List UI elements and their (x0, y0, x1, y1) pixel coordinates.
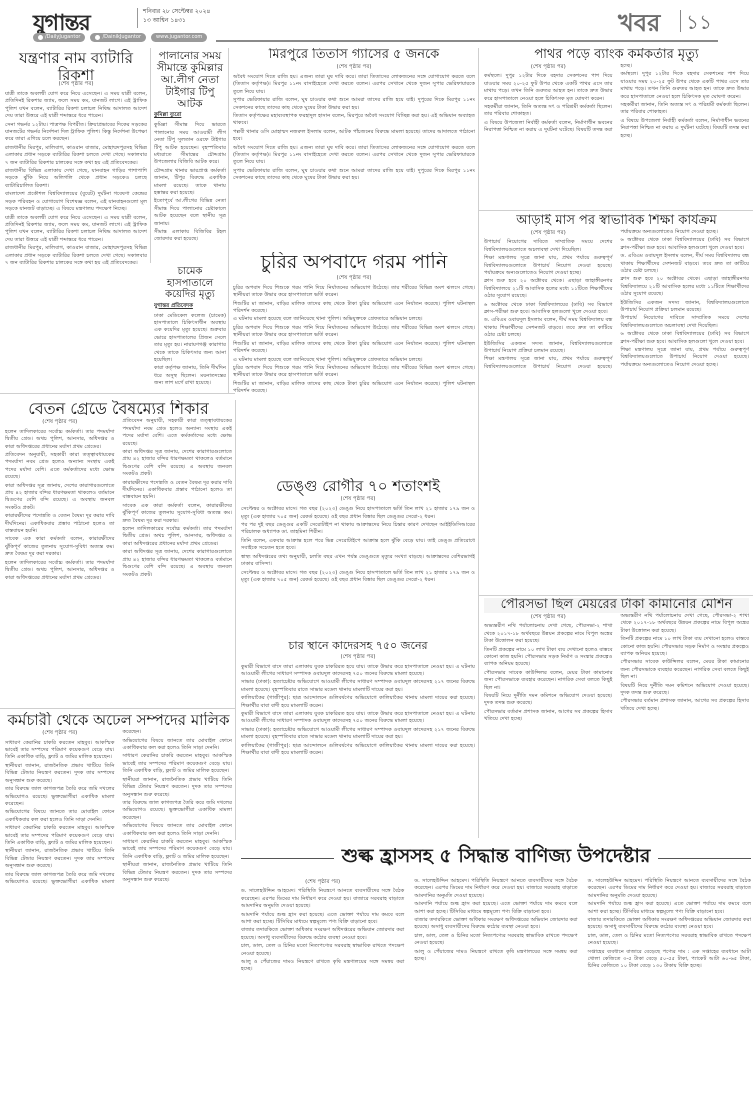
paragraph: বাজার তদারকিতে ভোক্তা অধিকার সংরক্ষণ অধি… (414, 917, 577, 932)
article-text: কুমিল্লা সীমান্ত দিয়ে ভারতে পালানোর সময… (154, 122, 226, 244)
paragraph: বাজার তদারকিতে ভোক্তা অধিকার সংরক্ষণ অধি… (588, 917, 751, 932)
paragraph: হলেন তাদিলকারের সর্বোচ্চ কর্মকর্তা। তার … (123, 526, 233, 548)
headline: কর্মচারী থেকে অঢেল সম্পদের মালিক (5, 712, 232, 729)
paragraph: কুমারী বিভাগে বাদে তারা এলাকায় যুবক চাক… (241, 664, 475, 679)
social-link-facebook[interactable]: /DainikJugantor (90, 33, 146, 42)
social-links: /DailyJugantor /DainikJugantor www.jugan… (33, 33, 207, 42)
paragraph: কুমিল্লা সীমান্ত দিয়ে ভারতে পালানোর সময… (154, 122, 226, 166)
logo-divider (137, 8, 138, 28)
headline: চামেক হাসপাতালে কয়েদির মৃত্যু (154, 266, 226, 301)
continued-label: (শেষ পৃষ্ঠার পর) (241, 879, 404, 886)
article-body-battery-rickshaw: (শেষ পৃষ্ঠার পর) যাত্রী তাকে অবলম্বী যোগ… (5, 80, 147, 390)
paragraph: কুমারী বিভাগে বাদে তারা এলাকায় যুবক চাক… (241, 711, 475, 726)
paragraph: আমদানি পর্যায়ে শুল্ক হ্রাস করা হয়েছে। … (241, 912, 404, 927)
paragraph: কারা অধিদপ্তর সূত্র জানায়, দেশের কারাগা… (123, 449, 233, 479)
paragraph: শিশুটির মা জানান, বাড়ির মালিক তাদের কাছ… (233, 301, 475, 316)
article-academic-activities: আড়াই মাস পর স্বাভাবিক শিক্ষা কার্যক্রম … (484, 214, 749, 592)
paragraph: সেপ্টেম্বর ও অক্টোবর মাসে। গত বছর (২০২৩)… (241, 506, 475, 521)
paragraph: সুপার ভেরিফায়ার রাজি বলেন, ঘুষ চাওয়ার … (233, 168, 475, 183)
paragraph: অভ্যন্তরীণ নথি পর্যালোচনায় দেখা গেছে, প… (621, 613, 750, 635)
column-divider (150, 48, 151, 263)
paragraph: অবৈধ সংযোগ দিতে রাজি হয়। এজন্য তারা ঘুষ… (233, 74, 475, 96)
paragraph: কারারক্ষীদের পদোন্নতি ও বেতন বৈষম্য দূর … (5, 513, 115, 535)
paragraph: তিনি বলেন, একবার আক্রান্ত হলে পরে ভিন্ন … (241, 538, 475, 553)
paragraph: হলেন তাদিলকারের সর্বোচ্চ কর্মকর্তা। তার … (5, 560, 115, 582)
article-text: (শেষ পৃষ্ঠার পর) সাধারণ কেরানির চাকরি কর… (5, 729, 232, 886)
row-divider (478, 210, 753, 211)
paragraph: আলু ও পেঁয়াজের দামও নিয়ন্ত্রণে রাখতে ক… (414, 949, 577, 964)
paragraph: বাজার তদারকিতে ভোক্তা অধিকার সংরক্ষণ অধি… (241, 927, 404, 942)
paragraph: সাভার (ঢাকা): হত্যাচেষ্টার অভিযোগে আওয়া… (241, 727, 475, 742)
article-text: (শেষ পৃষ্ঠার পর) অভ্যন্তরীণ নথি পর্যালোচ… (484, 613, 749, 724)
paragraph: পৌরসভার বর্তমান প্রশাসক জানান, আগের সব প… (484, 709, 613, 724)
paragraph: সীমান্ত এলাকায় বিজিবির টহল জোরদার করা হ… (154, 229, 226, 244)
paragraph: সহকর্মীরা জানান, তিনি অত্যন্ত সৎ ও পরিশ্… (484, 104, 613, 119)
headline: পালানোর সময় সীমান্তে কুমিল্লার আ.লীগ নে… (154, 50, 226, 110)
article-commerce-adviser: শুল্ক হ্রাসসহ ৫ সিদ্ধান্ত বাণিজ্য উপদেষ্… (241, 842, 751, 1092)
paragraph: যাত্রী তাকে অবলম্বী যোগ করে নিয়ে এসেছেন… (5, 91, 147, 121)
paragraph: যাত্রী তাকে অবলম্বী যোগ করে নিয়ে এসেছেন… (5, 215, 147, 245)
paragraph: ক্লাস শুরু হবে ২০ অক্টোবর থেকে। এছাড়া জ… (484, 278, 613, 300)
headline: পাথর পড়ে ব্যাংক কর্মকর্তার মৃত্যু (484, 48, 749, 63)
paragraph: অভিযোগের বিষয়ে জানতে তার মোবাইল ফোনে এক… (123, 738, 233, 753)
paragraph: সুপার ভেরিফায়ার রাজি বলেন, ঘুষ চাওয়ার … (233, 97, 475, 112)
paragraph: সেপ্টেম্বর ও অক্টোবর মাসে। গত বছর (২০২৩)… (241, 570, 475, 585)
paragraph: পর পর দুই বছর ডেঙ্গুর একটি সেরোটাইপ না থ… (241, 522, 475, 537)
article-employee-wealth: কর্মচারী থেকে অঢেল সম্পদের মালিক (শেষ পৃ… (5, 712, 232, 1092)
article-text: যাত্রী তাকে অবলম্বী যোগ করে নিয়ে এসেছেন… (5, 91, 147, 267)
headline: চার স্থানে কাদেরসহ ৭৫০ জনের (241, 640, 475, 653)
paragraph: স্থানীয়রা জানান, রাজনৈতিক প্রভাব খাটিয়… (123, 777, 233, 799)
paragraph: এ ঘটনায় মামলা হয়েছে বলে জানিয়েছে থানা… (233, 316, 475, 323)
paragraph: পল্লবী থানার ওসি মোহাম্মদ নজরুল ইসলাম বল… (233, 129, 475, 144)
article-municipality: পৌরসভা ছিল মেয়রের টাকা কামানোর মেশিন (শ… (484, 598, 749, 838)
paragraph: আলু ও পেঁয়াজের দামও নিয়ন্ত্রণে রাখতে ক… (241, 959, 404, 974)
article-salary-grade: বেতন গ্রেডে বৈষম্যের শিকার (শেষ পৃষ্ঠার … (5, 400, 232, 705)
article-kader-case: চার স্থানে কাদেরসহ ৭৫০ জনের (শেষ পৃষ্ঠার… (241, 640, 475, 830)
paragraph: বিষয়টি নিয়ে দুর্নীতি দমন কমিশনে অভিযোগ… (621, 683, 750, 698)
date-gregorian: শনিবার ২৮ সেপ্টেম্বর ২০২৪ (143, 7, 210, 16)
social-link-website[interactable]: www.jugantor.com (151, 33, 207, 42)
continued-label: (শেষ পৃষ্ঠার পর) (484, 230, 613, 237)
paragraph: চুরির অপবাদ দিয়ে শিশুকে গরম পানি দিয়ে … (233, 325, 475, 340)
paragraph: পৌরসভার বর্তমান প্রশাসক জানান, আগের সব প… (621, 698, 750, 713)
paragraph: অভিযোগের বিষয়ে জানতে তার মোবাইল ফোনে এক… (5, 809, 115, 824)
row-divider (478, 595, 753, 596)
paragraph: অবৈধ সংযোগ দিতে রাজি হয়। এজন্য তারা ঘুষ… (233, 145, 475, 167)
column-divider (478, 48, 479, 838)
continued-label: (শেষ পৃষ্ঠার পর) (233, 64, 475, 72)
article-dengue: ডেঙ্গু রোগীর ৭০ শতাংশই (শেষ পৃষ্ঠার পর) … (241, 478, 475, 636)
paragraph: ৬ অক্টোবর থেকে ঢাকা বিশ্ববিদ্যালয়ের (ঢা… (484, 302, 613, 317)
continued-label: (শেষ পৃষ্ঠার পর) (241, 654, 475, 662)
paragraph: আমদানি পর্যায়ে শুল্ক হ্রাস করা হয়েছে। … (588, 901, 751, 916)
paragraph: রাজধানীর মিরপুর, মালিবাগ, কাওরান বাজার, … (5, 145, 147, 167)
paragraph: কারা কর্তৃপক্ষ জানায়, তিনি দীর্ঘদিন ধরে… (154, 365, 226, 387)
paragraph: এ বিষয়ে উপজেলা নির্বাহী কর্মকর্তা বলেন,… (621, 118, 750, 140)
paragraph: স্বাস্থ্য অধিদপ্তরের তথ্য অনুযায়ী, চলতি… (241, 554, 475, 569)
headline-rule-left (241, 858, 334, 859)
paragraph: তার বিরুদ্ধে জাল কাগজপত্র তৈরি করে জমি দ… (5, 786, 115, 808)
paragraph: অভিযোগের বিষয়ে জানতে তার মোবাইল ফোনে এক… (123, 823, 233, 838)
paragraph: তিনটি প্রকল্পের নামে ১০ লাখ টাকা ব্যয় দ… (621, 636, 750, 658)
section-separator (680, 10, 681, 32)
article-text: (শেষ পৃষ্ঠার পর) হলেন তাদিলকারের সর্বোচ্… (5, 418, 232, 582)
paragraph: সাবেক এক কারা কর্মকর্তা বলেন, কারারক্ষীদ… (5, 536, 115, 558)
paragraph: ড. এবিএম ওবায়দুল ইসলাম বলেন, দীর্ঘ সময়… (484, 317, 613, 339)
headline: চুরির অপবাদে গরম পানি (233, 252, 475, 274)
continued-label: (শেষ পৃষ্ঠার পর) (241, 496, 475, 504)
paragraph: চাল, ডাল, তেল ও চিনির মতো নিত্যপণ্যের সর… (588, 933, 751, 948)
masthead: যুগান্তর শনিবার ২৮ সেপ্টেম্বর ২০২৪ ১৩ আশ… (0, 0, 753, 46)
paragraph: বাংলাদেশ প্রকৌশল বিশ্ববিদ্যালয়ের (বুয়ে… (5, 191, 147, 213)
continued-label: (শেষ পৃষ্ঠার পর) (484, 64, 613, 71)
article-chamek-prisoner: চামেক হাসপাতালে কয়েদির মৃত্যু যুগান্তর … (154, 266, 226, 391)
paragraph: স্থানীয়রা জানান, রাজনৈতিক প্রভাব খাটিয়… (5, 848, 115, 870)
headline: আড়াই মাস পর স্বাভাবিক শিক্ষা কার্যক্রম (484, 214, 749, 229)
paragraph: তিতাস কর্তৃপক্ষের মহাব্যবস্থাপক ফরহাদুল … (233, 113, 475, 128)
column-divider (228, 48, 229, 393)
headline: পৌরসভা ছিল মেয়রের টাকা কামানোর মেশিন (484, 598, 749, 613)
paragraph: তিনটি প্রকল্পের নামে ১০ লাখ টাকা ব্যয় দ… (484, 647, 613, 669)
paragraph: অভ্যন্তরীণ নথি পর্যালোচনায় দেখা গেছে, প… (484, 623, 613, 645)
continued-label: (শেষ পৃষ্ঠার পর) (5, 730, 115, 737)
row-divider (0, 708, 235, 709)
paragraph: স্থানীয়রা জানান, রাজনৈতিক প্রভাব খাটিয়… (123, 862, 233, 884)
dateline: শনিবার ২৮ সেপ্টেম্বর ২০২৪ ১৩ আশ্বিন ১৪৩১ (143, 7, 210, 25)
paragraph: এ ঘটনায় মামলা হয়েছে বলে জানিয়েছে থানা… (233, 357, 475, 364)
paragraph: কারা অধিদপ্তর সূত্র জানায়, দেশের কারাগা… (5, 483, 115, 513)
paragraph: শিশুটির মা জানান, বাড়ির মালিক তাদের কাছ… (233, 341, 475, 356)
paragraph: পৌরসভার সাবেক কাউন্সিলর বলেন, মেয়র টাকা… (484, 670, 613, 692)
article-text: ঢাকা মেডিকেল কলেজ (চামেক) হাসপাতালে চিকি… (154, 313, 226, 388)
article-text: (শেষ পৃষ্ঠার পর) ড. সালেহউদ্দিন আহমেদ। প… (241, 878, 751, 974)
headline: ডেঙ্গু রোগীর ৭০ শতাংশই (241, 478, 475, 495)
page-number: ১১ (686, 8, 712, 41)
paragraph: ইউজিসির একজন সদস্য জানান, বিশ্ববিদ্যালয়… (621, 300, 750, 315)
continued-label: (শেষ পৃষ্ঠার পর) (5, 419, 115, 426)
headline-rule-right (658, 858, 751, 859)
paragraph: শিক্ষা মন্ত্রণালয় সূত্রে জানা যায়, প্র… (484, 255, 613, 277)
paragraph: চুরির অপবাদ দিয়ে শিশুকে গরম পানি দিয়ে … (233, 285, 475, 300)
paragraph: আমদানি পর্যায়ে শুল্ক হ্রাস করা হয়েছে। … (414, 901, 577, 916)
byline: যুগান্তর প্রতিবেদক (154, 303, 226, 311)
paragraph: কারারক্ষীদের পদোন্নতি ও বেতন বৈষম্য দূর … (123, 480, 233, 502)
continued-label: (শেষ পৃষ্ঠার পর) (484, 614, 613, 621)
paragraph: সাধারণ কেরানির চাকরি করতেন মাহবুব। আকস্ম… (123, 753, 233, 775)
date-bengali: ১৩ আশ্বিন ১৪৩১ (143, 16, 210, 25)
continued-label: (শেষ পৃষ্ঠার পর) (5, 81, 147, 89)
article-text: চুরির অপবাদ দিয়ে শিশুকে গরম পানি দিয়ে … (233, 285, 475, 396)
article-text: অবৈধ সংযোগ দিতে রাজি হয়। এজন্য তারা ঘুষ… (233, 74, 475, 183)
paragraph: সাবেক এক কারা কর্মকর্তা বলেন, কারারক্ষীদ… (123, 503, 233, 525)
paragraph: সাধারণ কেরানির চাকরি করতেন মাহবুব। আকস্ম… (5, 740, 115, 762)
continued-label: (শেষ পৃষ্ঠার পর) (233, 275, 475, 283)
paragraph: কর্মস্থলে। দুপুর ১২টার দিকে বহদার সেকশনে… (484, 73, 613, 103)
headline: মিরপুরে তিতাস গ্যাসের ৫ জনকে (233, 48, 475, 63)
paragraph: সাধারণ কেরানির চাকরি করতেন মাহবুব। আকস্ম… (123, 839, 233, 861)
paragraph: ড. সালেহউদ্দিন আহমেদ। পরিস্থিতি নিয়ন্ত্… (588, 878, 751, 900)
paragraph: কর্মস্থলে। দুপুর ১২টার দিকে বহদার সেকশনে… (621, 71, 750, 101)
paragraph: উপাচার্য নিয়োগের দাবিতে সাম্প্রতিক সময়… (621, 315, 750, 330)
paragraph: সাধারণ কেরানির চাকরি করতেন মাহবুব। আকস্ম… (5, 825, 115, 847)
paragraph: কালিয়াকৈর (গাজীপুর): ছাত্র আন্দোলনে গুল… (241, 743, 475, 758)
article-text: (শেষ পৃষ্ঠার পর) কর্মস্থলে। দুপুর ১২টার … (484, 63, 749, 140)
paragraph: কারা অধিদপ্তর সূত্র জানায়, দেশের কারাগা… (123, 549, 233, 579)
paragraph: ইতোপূর্বে আ.লীগের বিভিন্ন নেতা সীমান্ত দ… (154, 198, 226, 228)
paragraph: ইউজিসির একজন সদস্য জানান, বিশ্ববিদ্যালয়… (484, 341, 613, 356)
paragraph: কালিয়াকৈর (গাজীপুর): ছাত্র আন্দোলনে গুল… (241, 695, 475, 710)
social-link-twitter[interactable]: /DailyJugantor (33, 33, 85, 42)
paragraph: রাজধানীর মিরপুর, মালিবাগ, কাওরান বাজার, … (5, 245, 147, 267)
headline: শুল্ক হ্রাসসহ ৫ সিদ্ধান্ত বাণিজ্য উপদেষ্… (342, 842, 651, 874)
paragraph: শিক্ষা মন্ত্রণালয় সূত্রে জানা যায়, প্র… (621, 347, 750, 369)
paragraph: সহকর্মীরা জানান, তিনি অত্যন্ত সৎ ও পরিশ্… (621, 102, 750, 117)
paragraph: ড. সালেহউদ্দিন আহমেদ। পরিস্থিতি নিয়ন্ত্… (241, 888, 404, 910)
paragraph: স্থানীয়রা জানান, রাজনৈতিক প্রভাব খাটিয়… (5, 763, 115, 785)
paragraph: ঢাকা মেডিকেল কলেজ (চামেক) হাসপাতালে চিকি… (154, 313, 226, 365)
paragraph: রাজধানীর বিভিন্ন এলাকায় দেখা গেছে, যানব… (5, 168, 147, 190)
facebook-icon (95, 35, 100, 40)
paragraph: সপ্তাহের ব্যবধানে বাজারে বেড়েছে পণ্যের … (588, 949, 751, 971)
social-label: /DainikJugantor (102, 34, 141, 41)
paragraph: চৌদ্দগ্রাম থানার ভারপ্রাপ্ত কর্মকর্তা জা… (154, 168, 226, 198)
paragraph: প্রতিবেদন অনুযায়ী, সহকারী কারা তত্ত্বাব… (123, 418, 233, 448)
article-text: (শেষ পৃষ্ঠার পর) উপাচার্য নিয়োগের দাবিত… (484, 229, 749, 371)
paragraph: চাল, ডাল, তেল ও চিনির মতো নিত্যপণ্যের সর… (414, 933, 577, 948)
paragraph: ক্লাস শুরু হবে ২০ অক্টোবর থেকে। এছাড়া জ… (621, 276, 750, 298)
paragraph: ড. এবিএম ওবায়দুল ইসলাম বলেন, দীর্ঘ সময়… (621, 253, 750, 275)
paragraph: সেনা গভর্নর ১২টায়। পাত্রপক্ষ বিপরীত। ক্… (5, 122, 147, 144)
paragraph: প্রতিবেদন অনুযায়ী, সহকারী কারা তত্ত্বাব… (5, 452, 115, 482)
byline: কুমিল্লা ব্যুরো (154, 112, 226, 120)
paragraph: সাভার (ঢাকা): হত্যাচেষ্টার অভিযোগে আওয়া… (241, 679, 475, 694)
social-label: www.jugantor.com (156, 34, 202, 41)
section-title: খবর (618, 5, 660, 45)
article-text: কুমারী বিভাগে বাদে তারা এলাকায় যুবক চাক… (241, 664, 475, 758)
paragraph: ৬ অক্টোবর থেকে ঢাকা বিশ্ববিদ্যালয়ের (ঢা… (621, 237, 750, 252)
paragraph: চুরির অপবাদ দিয়ে শিশুকে গরম পানি দিয়ে … (233, 365, 475, 380)
paragraph: শিশুটির মা জানান, বাড়ির মালিক তাদের কাছ… (233, 381, 475, 396)
paragraph: হলেন তাদিলকারের সর্বোচ্চ কর্মকর্তা। তার … (5, 429, 115, 451)
x-twitter-icon (38, 35, 43, 40)
article-bank-officer: পাথর পড়ে ব্যাংক কর্মকর্তার মৃত্যু (শেষ … (484, 48, 749, 208)
paragraph: তার বিরুদ্ধে জাল কাগজপত্র তৈরি করে জমি দ… (123, 800, 233, 822)
paragraph: পৌরসভার সাবেক কাউন্সিলর বলেন, মেয়র টাকা… (621, 659, 750, 681)
article-text: সেপ্টেম্বর ও অক্টোবর মাসে। গত বছর (২০২৩)… (241, 506, 475, 584)
row-divider (0, 393, 235, 394)
article-hot-water: চুরির অপবাদে গরম পানি (শেষ পৃষ্ঠার পর) চ… (233, 252, 475, 472)
paragraph: উপাচার্য নিয়োগের দাবিতে সাম্প্রতিক সময়… (484, 239, 613, 254)
paragraph: ড. সালেহউদ্দিন আহমেদ। পরিস্থিতি নিয়ন্ত্… (414, 878, 577, 900)
paragraph: ৬ অক্টোবর থেকে ঢাকা বিশ্ববিদ্যালয়ের (ঢা… (621, 331, 750, 346)
paragraph: বিষয়টি নিয়ে দুর্নীতি দমন কমিশনে অভিযোগ… (484, 693, 613, 708)
headline-row: শুল্ক হ্রাসসহ ৫ সিদ্ধান্ত বাণিজ্য উপদেষ্… (241, 842, 751, 874)
article-comilla-leader: পালানোর সময় সীমান্তে কুমিল্লার আ.লীগ নে… (154, 48, 226, 263)
paragraph: চাল, ডাল, তেল ও চিনির মতো নিত্যপণ্যের সর… (241, 943, 404, 958)
social-label: /DailyJugantor (45, 34, 80, 41)
headline: বেতন গ্রেডে বৈষম্যের শিকার (5, 400, 232, 418)
